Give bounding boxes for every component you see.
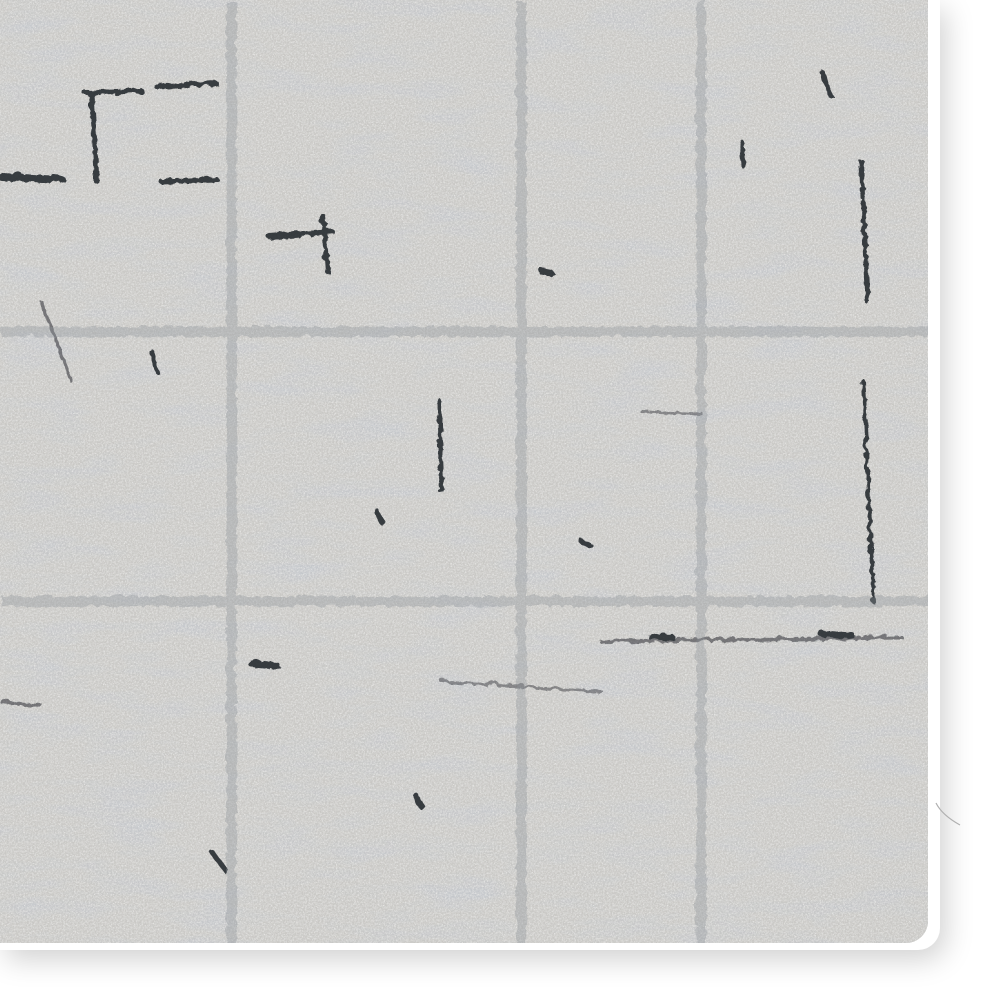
rug-corner (0, 0, 928, 943)
product-photo (0, 0, 1000, 1000)
loose-fiber (918, 795, 978, 835)
rug-texture (0, 0, 928, 943)
